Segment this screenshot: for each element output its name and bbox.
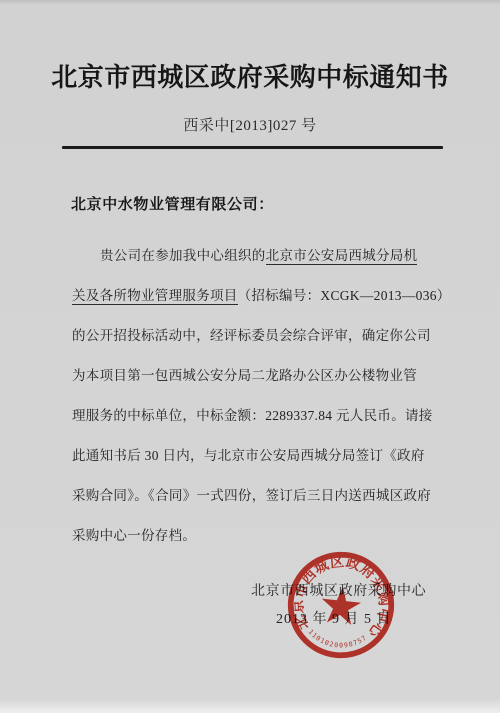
document-page: 北京市西城区政府采购中标通知书 西采中[2013]027 号 北京中水物业管理有…	[0, 0, 500, 713]
body-line: 的公开招投标活动中，经评标委员会综合评审，确定你公司	[72, 316, 438, 356]
body-line: 采购中心一份存档。	[72, 516, 438, 556]
page-title: 北京市西城区政府采购中标通知书	[0, 57, 500, 94]
seal-star-icon	[319, 584, 362, 625]
body-line: 为本项目第一包西城公安分局二龙路办公区办公楼物业管	[72, 356, 438, 396]
body-text-run: 贵公司在参加我中心组织的	[100, 248, 266, 263]
body-text: 贵公司在参加我中心组织的北京市公安局西城分局机 关及各所物业管理服务项目（招标编…	[72, 236, 438, 556]
addressee-line: 北京中水物业管理有限公司：	[71, 193, 274, 214]
body-text-run: （招标编号：XCGK—2013—036）	[238, 288, 451, 303]
document-number: 西采中[2013]027 号	[0, 114, 500, 135]
underlined-project-name: 北京市公安局西城分局机	[266, 248, 418, 265]
body-line: 贵公司在参加我中心组织的北京市公安局西城分局机	[72, 236, 438, 276]
body-line: 关及各所物业管理服务项目（招标编号：XCGK—2013—036）	[72, 276, 438, 316]
underlined-project-name: 关及各所物业管理服务项目	[72, 288, 238, 305]
official-seal: 北京市西城区政府采购中心 1101020098757	[278, 542, 403, 667]
body-text-run: 采购合同》。《合同》一式四份，签订后三日内送西城区政府	[72, 488, 431, 503]
header-divider	[62, 146, 443, 149]
body-line: 此通知书后 30 日内，与北京市公安局西城分局签订《政府	[72, 436, 438, 476]
body-text-run: 理服务的中标单位，中标金额：2289337.84 元人民币。请接	[72, 408, 433, 423]
body-text-run: 此通知书后 30 日内，与北京市公安局西城分局签订《政府	[72, 448, 425, 463]
body-text-run: 采购中心一份存档。	[72, 528, 196, 543]
body-line: 理服务的中标单位，中标金额：2289337.84 元人民币。请接	[72, 396, 438, 436]
body-line: 采购合同》。《合同》一式四份，签订后三日内送西城区政府	[72, 476, 438, 516]
body-text-run: 为本项目第一包西城公安分局二龙路办公区办公楼物业管	[72, 368, 417, 383]
body-text-run: 的公开招投标活动中，经评标委员会综合评审，确定你公司	[72, 328, 431, 343]
